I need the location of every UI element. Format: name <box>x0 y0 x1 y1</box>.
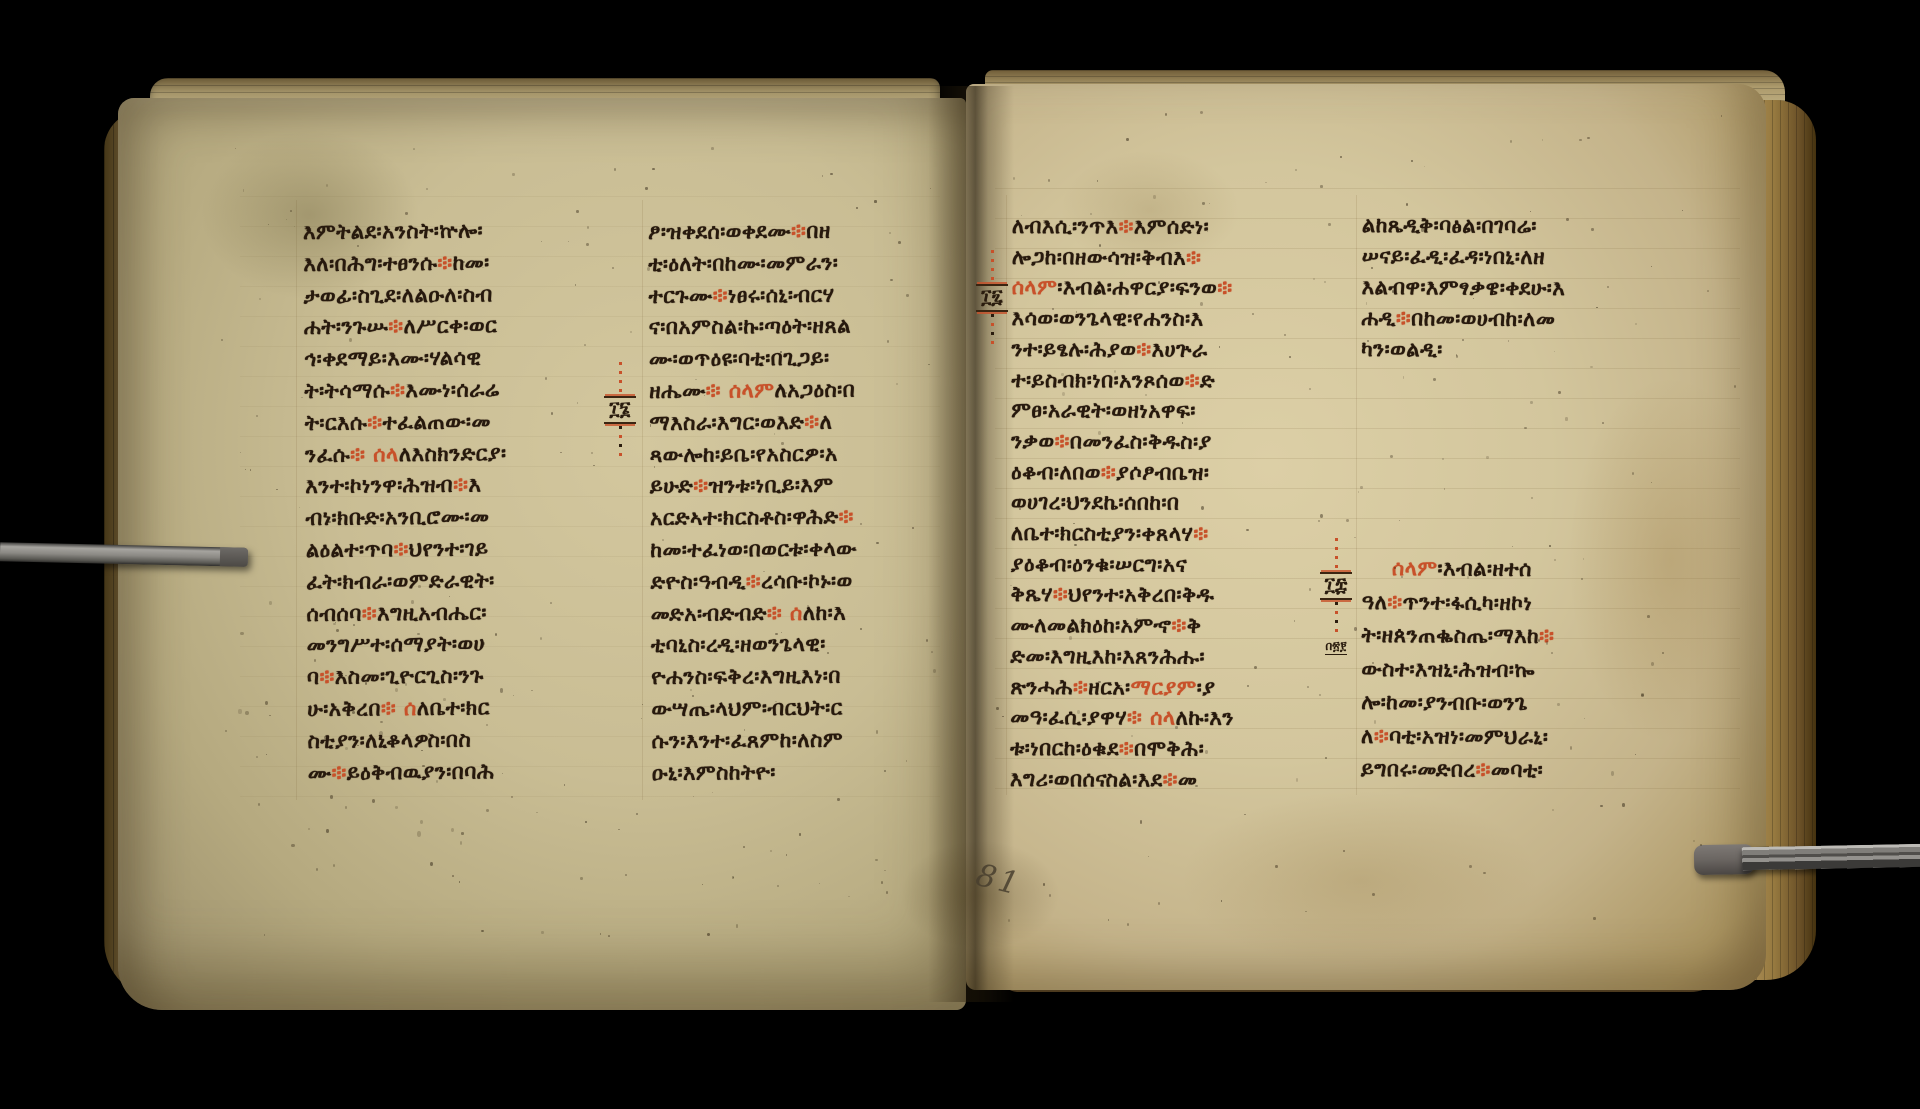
text-line: ሙ፨ይዕቅብዉያን፡በባሕ <box>308 759 495 786</box>
right-metal-holder-rod <box>1694 839 1920 875</box>
black-ink-text: ረሳቡ፡ኮኑ፡ወ <box>761 569 853 594</box>
text-line: ካን፡ወልዲ፡ <box>1361 337 1443 362</box>
text-line: ሙ፡ወጥዕዩ፡ባቲ፡በጊጋይ፡ <box>649 346 830 372</box>
text-line: እሳወ፡ወንጌላዊ፡የሐንስ፡እ <box>1012 306 1204 332</box>
text-line: ልከጼዲቅ፡ባፅል፡በገባሬ፡ <box>1362 213 1537 239</box>
black-ink-text: ህየንተ፡ገይ <box>409 536 489 561</box>
black-ink-text: ኅ፡ቀደማይ፡እሙ፡ሃልሳዊ <box>304 345 481 371</box>
text-line: ኅ፡ቀደማይ፡እሙ፡ሃልሳዊ <box>304 345 481 372</box>
text-line: ዘሔሙ፨ ሰላምለአጋዕስ፡በ <box>649 378 855 404</box>
black-ink-text: ለ <box>819 410 832 434</box>
red-ink-text: ፨ <box>1193 522 1208 546</box>
text-line: ንተ፡ይፄሉ፡ሕያወ፨እሀጕራ <box>1011 337 1207 363</box>
black-ink-text: ድ <box>1200 369 1215 393</box>
text-line: ተ፡ይስብክ፡ነበ፡አንጾሰወ፨ድ <box>1011 368 1215 394</box>
text-line: ቲ፡ዕለት፡በከሙ፡መምራን፡ <box>648 251 838 277</box>
black-ink-text: ሐዲ <box>1361 306 1396 330</box>
black-ink-text: ለ <box>1361 724 1374 748</box>
stanza-number-mark-right-col1: ፲፯ <box>968 250 1016 346</box>
black-ink-text: ንቃወ <box>1011 429 1055 453</box>
black-ink-text: ባ <box>307 665 320 689</box>
black-ink-text: ዮሐንስ፡ፍቅረ፡እግዚእነ፡በ <box>651 664 841 689</box>
black-ink-text: መባቲ፡ <box>1491 758 1543 782</box>
black-ink-text: ት፡ትሳማሱ <box>304 378 390 403</box>
black-ink-text: እግዚአብሔር፡ <box>377 600 487 625</box>
black-ink-text: ከመ፡ <box>453 250 490 274</box>
black-ink-text: ንተ፡ይፄሉ፡ሕያወ <box>1011 337 1136 361</box>
black-ink-text: ሎጋከ፡በዘውሳዝ፡ቅብእ <box>1012 245 1186 270</box>
text-line: ቲባኒስ፡ረዲ፡ዘወንጌላዊ፡ <box>651 632 826 658</box>
black-ink-text: ውሣጤ፡ላህም፡ብርህት፡ር <box>651 696 843 721</box>
red-ink-text: ፨ <box>838 505 853 529</box>
mark-dots-top-icon <box>991 250 994 282</box>
red-ink-text: ፨ <box>1387 590 1402 614</box>
black-ink-text: እንተ፡ኮነንዋ፡ሕዝብ <box>305 473 453 498</box>
rod-metal-shaft <box>1742 844 1920 870</box>
black-ink-text: መዓ፡ፈሲ፡ያዋሃ <box>1010 705 1127 729</box>
mark-dots-bottom-icon <box>991 314 994 346</box>
mark-dots-top-icon <box>619 362 622 394</box>
black-ink-text: በሞቅሕ፡ <box>1134 736 1204 760</box>
black-ink-text: ወሀገረ፡ህንደኬ፡ሰበከ፡በ <box>1011 490 1180 515</box>
text-line: ሠናይ፡ፈዲ፡ፈዳ፡ነበኒ፡ለዘ <box>1362 244 1545 270</box>
text-line: ለ፨ባቲ፡አዝነ፡መምህራኒ፡ <box>1361 724 1548 750</box>
red-ink-text: ፨ <box>1119 214 1134 238</box>
black-ink-text: ዑኒ፡እምስከትዮ፡ <box>652 760 776 785</box>
black-ink-text: ብነ፡ክቡድ፡አንቢሮሙ፡መ <box>305 504 489 530</box>
black-ink-text: ማእስራ፡እግር፡ወእድ <box>649 410 804 435</box>
red-ink-text: ፨ <box>693 474 708 498</box>
black-ink-text: እ <box>468 472 481 496</box>
black-ink-text: ከመ፡ተፈነወ፡በወርቱ፡ቀላው <box>650 537 857 562</box>
black-ink-text: ት፡ዘጰንጠቈስጤ፡ማእከ <box>1362 623 1540 648</box>
red-ink-text: ፨ <box>1185 369 1200 393</box>
red-ink-text: ፨ <box>319 665 334 689</box>
black-ink-text: ዕቆብ፡ለበወ <box>1011 460 1101 484</box>
stanza-number: ፲፯ <box>976 284 1008 312</box>
black-ink-text: ስቲያን፡ለኒቆላዎስ፡በስ <box>307 728 471 753</box>
black-ink-text: ተፈልጠው፡መ <box>382 409 491 434</box>
red-ink-text: ፨ ሰ <box>381 696 417 720</box>
text-line: ጽንሓሕ፨ዘርአ፡ማርያም፡ያ <box>1010 675 1215 701</box>
text-line: ተርጉሙ፨ነፀሩ፡ሰኒ፡ብርሃ <box>648 283 834 309</box>
black-ink-text: ሐት፡ንጉሡ <box>304 314 389 339</box>
text-line: እግሪ፡ወበሰናስል፡እደ፨መ <box>1010 767 1197 793</box>
text-line: ዕቆብ፡ለበወ፨ያሶፆብቤዝ፡ <box>1011 460 1209 486</box>
column-rule <box>296 200 297 800</box>
black-ink-text: ያዕቆብ፡ዕንቁ፡ሠርግ፡አና <box>1011 552 1187 577</box>
red-ink-text: ፨ <box>1136 337 1151 361</box>
text-line: ሁ፡አቅረበ፨ ሰለቤተ፡ክር <box>307 695 490 722</box>
black-ink-text: ና፡በአምስል፡ኩ፡ጣዕት፡ዘጸል <box>649 314 851 339</box>
black-ink-text: ቲ፡ዕለት፡በከሙ፡መምራን፡ <box>648 251 838 276</box>
black-ink-text: እምትልደ፡አንስት፡ኵሎ፡ <box>303 218 483 244</box>
black-ink-text: ጻውሎከ፡ይቤ፡የአስርዎ፡አ <box>650 442 838 467</box>
text-line: ውስተ፡እዝኒ፡ሕዝብ፡ኰ <box>1361 657 1535 683</box>
text-line: ሰላም፡እብል፡ሐዋርያ፡ፍንወ፨ <box>1012 275 1233 301</box>
text-line: ልዕልተ፡ጥባ፨ህየንተ፡ገይ <box>306 536 489 563</box>
black-ink-text: ለቤተ፡ክር <box>417 695 490 720</box>
black-ink-text: ጥንተ፡ፋሲካ፡ዘኮነ <box>1403 590 1533 615</box>
black-ink-text: ፈት፡ክብራ፡ወምድራዊት፡ <box>306 568 495 594</box>
black-ink-text: ፡እብል፡ሐዋርያ፡ፍንወ <box>1057 275 1217 300</box>
black-ink-text: በከመ፡ወሀብከ፡ለመ <box>1411 306 1555 331</box>
red-ink-text: ሰላም <box>1012 275 1058 299</box>
red-ink-text: ፨ <box>390 378 405 402</box>
black-ink-text: ዓለ <box>1362 590 1388 614</box>
black-ink-text: መ <box>1178 768 1198 792</box>
black-ink-text: ፆ፡ዝቀደሰ፡ወቀደሙ <box>648 219 791 244</box>
mark-dots-bottom-icon <box>619 426 622 458</box>
black-ink-text: ቲባኒስ፡ረዲ፡ዘወንጌላዊ፡ <box>651 632 826 657</box>
black-ink-text: በመንፈስ፡ቅዱስ፡ያ <box>1070 429 1212 453</box>
text-line: ንቃወ፨በመንፈስ፡ቅዱስ፡ያ <box>1011 429 1212 455</box>
red-ink-text: ፨ <box>746 569 761 593</box>
black-ink-text: ለብእሲ፡ንጥእ <box>1012 214 1119 238</box>
black-ink-text: ንፈሱ <box>305 443 350 467</box>
stanza-number-mark-left-page: ፲፮ <box>596 362 644 458</box>
text-line: ት፡ርእሱ፨ተፈልጠው፡መ <box>305 409 491 436</box>
black-ink-text: ታወፊ፡ስጊደ፡ለልዑለ፡ስብ <box>304 282 493 308</box>
black-ink-text: ሰብሰባ <box>306 602 362 626</box>
black-ink-text: ነፀሩ፡ሰኒ፡ብርሃ <box>728 283 835 308</box>
red-ink-text: ፨ <box>331 761 346 785</box>
black-ink-text: ጽንሓሕ <box>1010 675 1073 699</box>
text-line: ንፈሱ፨ ሰላለእስክንድርያ፡ <box>305 441 507 468</box>
text-line: ወሀገረ፡ህንደኬ፡ሰበከ፡በ <box>1011 490 1180 516</box>
text-line: ት፡ትሳማሱ፨እሙነ፡ሰራሬ <box>304 377 499 404</box>
black-ink-text: ለሥርቀ፡ወር <box>403 313 497 338</box>
stanza-number: ፲፰ <box>1320 572 1353 600</box>
black-ink-text: ት፡ርእሱ <box>305 410 368 435</box>
black-ink-text: እግሪ፡ወበሰናስል፡እደ <box>1010 767 1163 792</box>
red-ink-text: ፨ <box>1186 246 1201 270</box>
black-ink-text: እልብዋ፡እምፃቃዌ፡ቀደሁ፡እ <box>1362 275 1566 300</box>
red-ink-text: ፨ <box>1217 276 1232 300</box>
text-line: ዓለ፨ጥንተ፡ፋሲካ፡ዘኮነ <box>1362 590 1533 616</box>
black-ink-text: ይዕቅብዉያን፡በባሕ <box>347 759 495 784</box>
red-ink-text: ፨ <box>453 473 468 497</box>
black-ink-text: ለእስክንድርያ፡ <box>399 441 507 466</box>
black-ink-text: ለከ፡እ <box>803 601 846 625</box>
red-ink-text: ፨ <box>1053 582 1068 606</box>
red-ink-text: ፨ ሰላ <box>350 442 399 466</box>
black-ink-text: ዘርአ፡ <box>1088 675 1130 699</box>
text-line: አርድኣተ፡ክርስቶስ፡ዋሕድ፨ <box>650 505 854 531</box>
text-line: ለቤተ፡ክርስቲያን፡ቀጸላሃ፨ <box>1011 521 1209 547</box>
text-line: ብነ፡ክቡድ፡አንቢሮሙ፡መ <box>305 504 489 531</box>
mark-dots-top-icon <box>1335 538 1338 570</box>
text-line: ይግበሩ፡መድበረ፨መባቲ፡ <box>1361 757 1543 783</box>
text-line: ት፡ዘጰንጠቈስጤ፡ማእከ፨ <box>1362 623 1555 649</box>
black-ink-text: እሙነ፡ሰራሬ <box>405 377 499 402</box>
text-line: ሰላም፡እብል፡ዘተሰ <box>1392 556 1532 582</box>
mark-dots-bottom-icon <box>1335 602 1338 634</box>
red-ink-text: ፨ ሰላም <box>706 378 775 402</box>
text-line: ስቲያን፡ለኒቆላዎስ፡በስ <box>307 728 471 754</box>
text-line: ይሁድ፨ዝንቱ፡ነቢይ፡እም <box>650 473 834 499</box>
black-ink-text: ሱን፡እንተ፡ፈጸምከ፡ለስም <box>652 728 844 753</box>
text-line: ሐዲ፨በከመ፡ወሀብከ፡ለመ <box>1361 306 1555 332</box>
black-ink-text: እሀጕራ <box>1152 337 1208 361</box>
text-line: ሰብሰባ፨እግዚአብሔር፡ <box>306 600 487 627</box>
black-ink-text: ተርጉሙ <box>648 284 712 308</box>
black-ink-text: ህየንተ፡አቅረበ፡ቅዱ <box>1068 582 1214 607</box>
red-ink-text: ማርያም <box>1131 675 1197 699</box>
black-ink-text: ለአጋዕስ፡በ <box>774 378 855 403</box>
black-ink-text: ለቤተ፡ክርስቲያን፡ቀጸላሃ <box>1011 521 1194 546</box>
text-line: ሎ፡ከመ፡ያንብቡ፡ወንጌ <box>1361 690 1528 716</box>
red-ink-text: ፨ <box>1374 724 1389 748</box>
text-line: ሱን፡እንተ፡ፈጸምከ፡ለስም <box>652 728 844 754</box>
red-ink-text: ሰላም <box>1392 556 1438 580</box>
black-ink-text: ድመ፡እግዚእከ፡እጸንሕሑ፡ <box>1010 644 1205 669</box>
black-ink-text: መንግሥተ፡ሰማያት፡ወሀ <box>307 631 486 657</box>
text-line: ና፡በአምስል፡ኩ፡ጣዕት፡ዘጸል <box>649 314 851 340</box>
black-ink-text: ቅጼሃ <box>1011 582 1053 606</box>
text-line: ታወፊ፡ስጊደ፡ለልዑለ፡ስብ <box>304 282 493 309</box>
text-line: ፈት፡ክብራ፡ወምድራዊት፡ <box>306 568 495 595</box>
column-rule <box>642 200 643 800</box>
red-ink-text: ፨ <box>1396 306 1411 330</box>
text-line: እልብዋ፡እምፃቃዌ፡ቀደሁ፡እ <box>1362 275 1566 301</box>
text-line: ድመ፡እግዚእከ፡እጸንሕሑ፡ <box>1010 644 1205 670</box>
text-line: ዮሐንስ፡ፍቅረ፡እግዚእነ፡በ <box>651 664 841 690</box>
stanza-number: ፲፮ <box>604 396 635 424</box>
text-line: ያዕቆብ፡ዕንቁ፡ሠርግ፡አና <box>1011 552 1187 578</box>
black-ink-text: ዘሔሙ <box>649 379 706 403</box>
red-ink-text: ፨ ሰ <box>767 601 803 625</box>
text-line: ቅጼሃ፨ህየንተ፡አቅረበ፡ቅዱ <box>1011 582 1215 608</box>
red-ink-text: ፨ <box>804 410 819 434</box>
red-ink-text: ፨ <box>362 601 377 625</box>
text-line: እንተ፡ኮነንዋ፡ሕዝብ፨እ <box>305 472 481 499</box>
black-ink-text: ልዕልተ፡ጥባ <box>306 537 394 562</box>
text-line: ባ፨እስመ፡ጊዮርጊስ፡ንጉ <box>307 663 484 690</box>
text-line: ምፀ፡አራዊት፡ወዘነአዋፍ፡ <box>1011 398 1196 424</box>
black-ink-text: መድአ፡ብድብድ <box>651 601 767 626</box>
red-ink-text: ፨ <box>1476 758 1491 782</box>
red-ink-text: ፨ ሰላ <box>1127 705 1176 729</box>
text-line: ውሣጤ፡ላህም፡ብርህት፡ር <box>651 696 843 722</box>
red-ink-text: ፨ <box>1171 614 1186 638</box>
black-ink-text: አርድኣተ፡ክርስቶስ፡ዋሕድ <box>650 505 839 530</box>
black-ink-text: ሙ፡ወጥዕዩ፡ባቲ፡በጊጋይ፡ <box>649 346 830 371</box>
text-line: ድዮስ፡ዓብዲ፨ረሳቡ፡ኮኑ፡ወ <box>650 569 852 595</box>
black-ink-text: ተ፡ይስብክ፡ነበ፡አንጾሰወ <box>1011 368 1184 393</box>
red-ink-text: ፨ <box>1119 736 1134 760</box>
red-ink-text: ፨ <box>388 314 403 338</box>
black-ink-text: ምፀ፡አራዊት፡ወዘነአዋፍ፡ <box>1011 398 1196 423</box>
black-ink-text: ቅ <box>1187 614 1202 638</box>
red-ink-text: ፨ <box>1055 429 1070 453</box>
black-ink-text: ውስተ፡እዝኒ፡ሕዝብ፡ኰ <box>1361 657 1535 682</box>
black-ink-text: ሎ፡ከመ፡ያንብቡ፡ወንጌ <box>1361 690 1528 715</box>
black-ink-text: ፡ያ <box>1197 676 1216 700</box>
red-ink-text: ፨ <box>1163 768 1178 792</box>
black-ink-text: ይግበሩ፡መድበረ <box>1361 757 1476 782</box>
text-line: ከመ፡ተፈነወ፡በወርቱ፡ቀላው <box>650 537 857 563</box>
black-ink-text: ሙለመልክዕከ፡አምኆ <box>1011 613 1172 638</box>
text-line: ሐት፡ንጉሡ፨ለሥርቀ፡ወር <box>304 313 497 340</box>
black-ink-text: ይሁድ <box>650 474 694 498</box>
photo-of-open-manuscript: እምትልደ፡አንስት፡ኵሎ፡እለ፡በሕግ፡ተፀንሱ፨ከመ፡ታወፊ፡ስጊደ፡ለልዑ… <box>0 0 1920 1109</box>
red-ink-text: ፨ <box>1101 460 1116 484</box>
text-line: መንግሥተ፡ሰማያት፡ወሀ <box>307 631 486 658</box>
black-ink-text: ቱ፡ነበርከ፡ዕቁደ <box>1010 736 1119 760</box>
text-line: ለብእሲ፡ንጥእ፨እምሰድነ፡ <box>1012 214 1209 240</box>
text-line: ጻውሎከ፡ይቤ፡የአስርዎ፡አ <box>650 442 838 468</box>
black-ink-text: ልከጼዲቅ፡ባፅል፡በገባሬ፡ <box>1362 213 1537 238</box>
text-line: እለ፡በሕግ፡ተፀንሱ፨ከመ፡ <box>303 250 490 277</box>
black-ink-text: ፡እብል፡ዘተሰ <box>1438 556 1532 580</box>
black-ink-text: እሳወ፡ወንጌላዊ፡የሐንስ፡እ <box>1012 306 1204 331</box>
red-ink-text: ፨ <box>1539 624 1554 648</box>
text-line: መዓ፡ፈሲ፡ያዋሃ፨ ሰላለኩ፡እን <box>1010 705 1234 731</box>
black-ink-text: እለ፡በሕግ፡ተፀንሱ <box>303 251 437 276</box>
text-line: ሎጋከ፡በዘውሳዝ፡ቅብእ፨ <box>1012 245 1202 271</box>
text-line: ማእስራ፡እግር፡ወእድ፨ለ <box>649 410 832 436</box>
black-ink-text: ሠናይ፡ፈዲ፡ፈዳ፡ነበኒ፡ለዘ <box>1362 244 1545 269</box>
text-line: ሙለመልክዕከ፡አምኆ፨ቅ <box>1011 613 1202 639</box>
text-line: መድአ፡ብድብድ፨ ሰለከ፡እ <box>651 601 847 627</box>
red-ink-text: ፨ <box>393 537 408 561</box>
black-ink-text: በዘ <box>806 219 831 243</box>
text-line: ዑኒ፡እምስከትዮ፡ <box>652 760 776 786</box>
black-ink-text: እምሰድነ፡ <box>1134 214 1209 238</box>
black-ink-text: ዝንቱ፡ነቢይ፡እም <box>708 473 833 498</box>
black-ink-text: ለኩ፡እን <box>1176 706 1234 730</box>
red-ink-text: ፨ <box>1073 675 1088 699</box>
stanza-margin-note: በ፳፻ <box>1325 639 1346 655</box>
red-ink-text: ፨ <box>367 410 382 434</box>
black-ink-text: ሙ <box>308 761 332 785</box>
text-line: እምትልደ፡አንስት፡ኵሎ፡ <box>303 218 483 245</box>
black-ink-text: ሁ፡አቅረበ <box>307 696 381 721</box>
black-ink-text: ካን፡ወልዲ፡ <box>1361 337 1443 361</box>
red-ink-text: ፨ <box>713 283 728 307</box>
black-ink-text: እስመ፡ጊዮርጊስ፡ንጉ <box>335 663 484 688</box>
black-ink-text: ያሶፆብቤዝ፡ <box>1116 460 1209 484</box>
text-line: ፆ፡ዝቀደሰ፡ወቀደሙ፨በዘ <box>648 219 831 245</box>
black-ink-text: ድዮስ፡ዓብዲ <box>650 569 745 594</box>
red-ink-text: ፨ <box>791 219 806 243</box>
stanza-number-mark-right-col2: ፲፰ በ፳፻ <box>1312 538 1360 655</box>
red-ink-text: ፨ <box>437 251 452 275</box>
column-rule <box>1356 195 1357 795</box>
black-ink-text: ባቲ፡አዝነ፡መምህራኒ፡ <box>1389 724 1548 749</box>
text-line: ቱ፡ነበርከ፡ዕቁደ፨በሞቅሕ፡ <box>1010 736 1204 762</box>
